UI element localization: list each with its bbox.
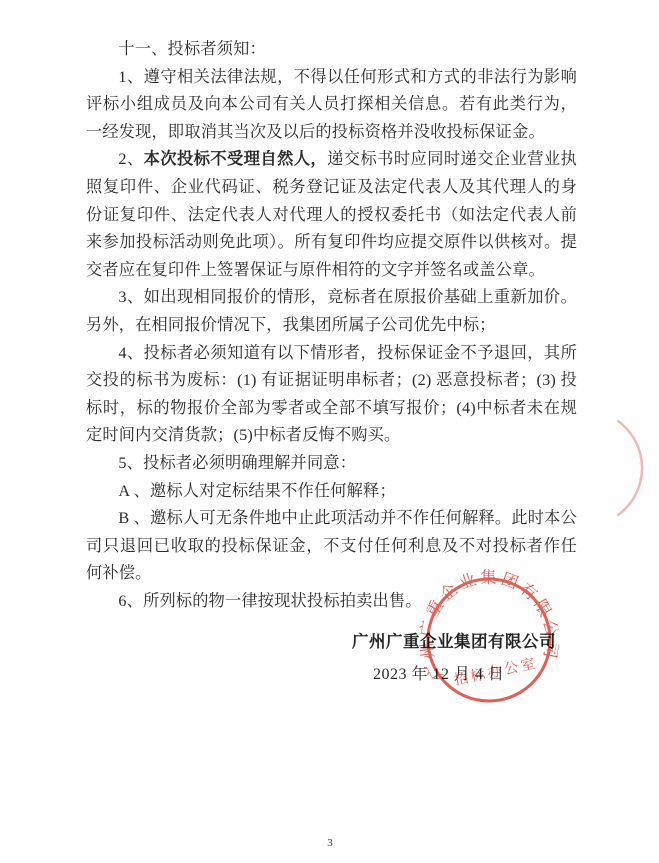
text-segment: 5、投标者必须明确理解并同意： xyxy=(118,454,356,472)
text-segment: 递交标书时应同时递交企业营业执照复印件、企业代码证、税务登记证及法定代表人及其代… xyxy=(86,150,577,278)
bold-text-segment: 本次投标不受理自然人， xyxy=(144,150,327,168)
paragraph: 3、如出现相同报价的情形，竞标者在原报价基础上重新加价。另外，在相同报价情况下，… xyxy=(86,284,577,339)
signature-date: 2023 年 12 月 4 日 xyxy=(373,661,505,684)
document-body: 十一、投标者须知： 1、遵守相关法律法规，不得以任何形式和方式的非法行为影响评标… xyxy=(86,36,577,615)
text-segment: 2、 xyxy=(118,150,143,168)
document-page: 十一、投标者须知： 1、遵守相关法律法规，不得以任何形式和方式的非法行为影响评标… xyxy=(0,0,659,863)
text-segment: 3、如出现相同报价的情形，竞标者在原报价基础上重新加价。另外，在相同报价情况下，… xyxy=(86,288,577,334)
page-number: 3 xyxy=(318,837,342,849)
paragraph: 2、本次投标不受理自然人，递交标书时应同时递交企业营业执照复印件、企业代码证、税… xyxy=(86,146,577,284)
paragraph: 4、投标者必须知道有以下情形者，投标保证金不予退回，其所交投的标书为废标：(1)… xyxy=(86,340,577,450)
text-segment: 4、投标者必须知道有以下情形者，投标保证金不予退回，其所交投的标书为废标：(1)… xyxy=(86,344,577,445)
text-segment: A 、邀标人对定标结果不作任何解释； xyxy=(118,482,395,500)
paragraph: A 、邀标人对定标结果不作任何解释； xyxy=(86,478,577,506)
paragraph: 6、所列标的物一律按现状投标拍卖出售。 xyxy=(86,588,577,616)
paragraph: 5、投标者必须明确理解并同意： xyxy=(86,450,577,478)
section-heading: 十一、投标者须知： xyxy=(86,36,577,64)
text-segment: B 、邀标人可无条件地中止此项活动并不作任何解释。此时本公司只退回已收取的投标保… xyxy=(86,509,577,582)
paragraph: B 、邀标人可无条件地中止此项活动并不作任何解释。此时本公司只退回已收取的投标保… xyxy=(86,505,577,588)
paragraph: 1、遵守相关法律法规，不得以任何形式和方式的非法行为影响评标小组成员及向本公司有… xyxy=(86,64,577,147)
ghost-seal-arc-icon xyxy=(617,421,642,516)
text-segment: 1、遵守相关法律法规，不得以任何形式和方式的非法行为影响评标小组成员及向本公司有… xyxy=(86,68,577,141)
signature-company-name: 广州广重企业集团有限公司 xyxy=(352,628,556,652)
paragraph-list: 1、遵守相关法律法规，不得以任何形式和方式的非法行为影响评标小组成员及向本公司有… xyxy=(86,64,577,616)
text-segment: 6、所列标的物一律按现状投标拍卖出售。 xyxy=(118,592,421,610)
